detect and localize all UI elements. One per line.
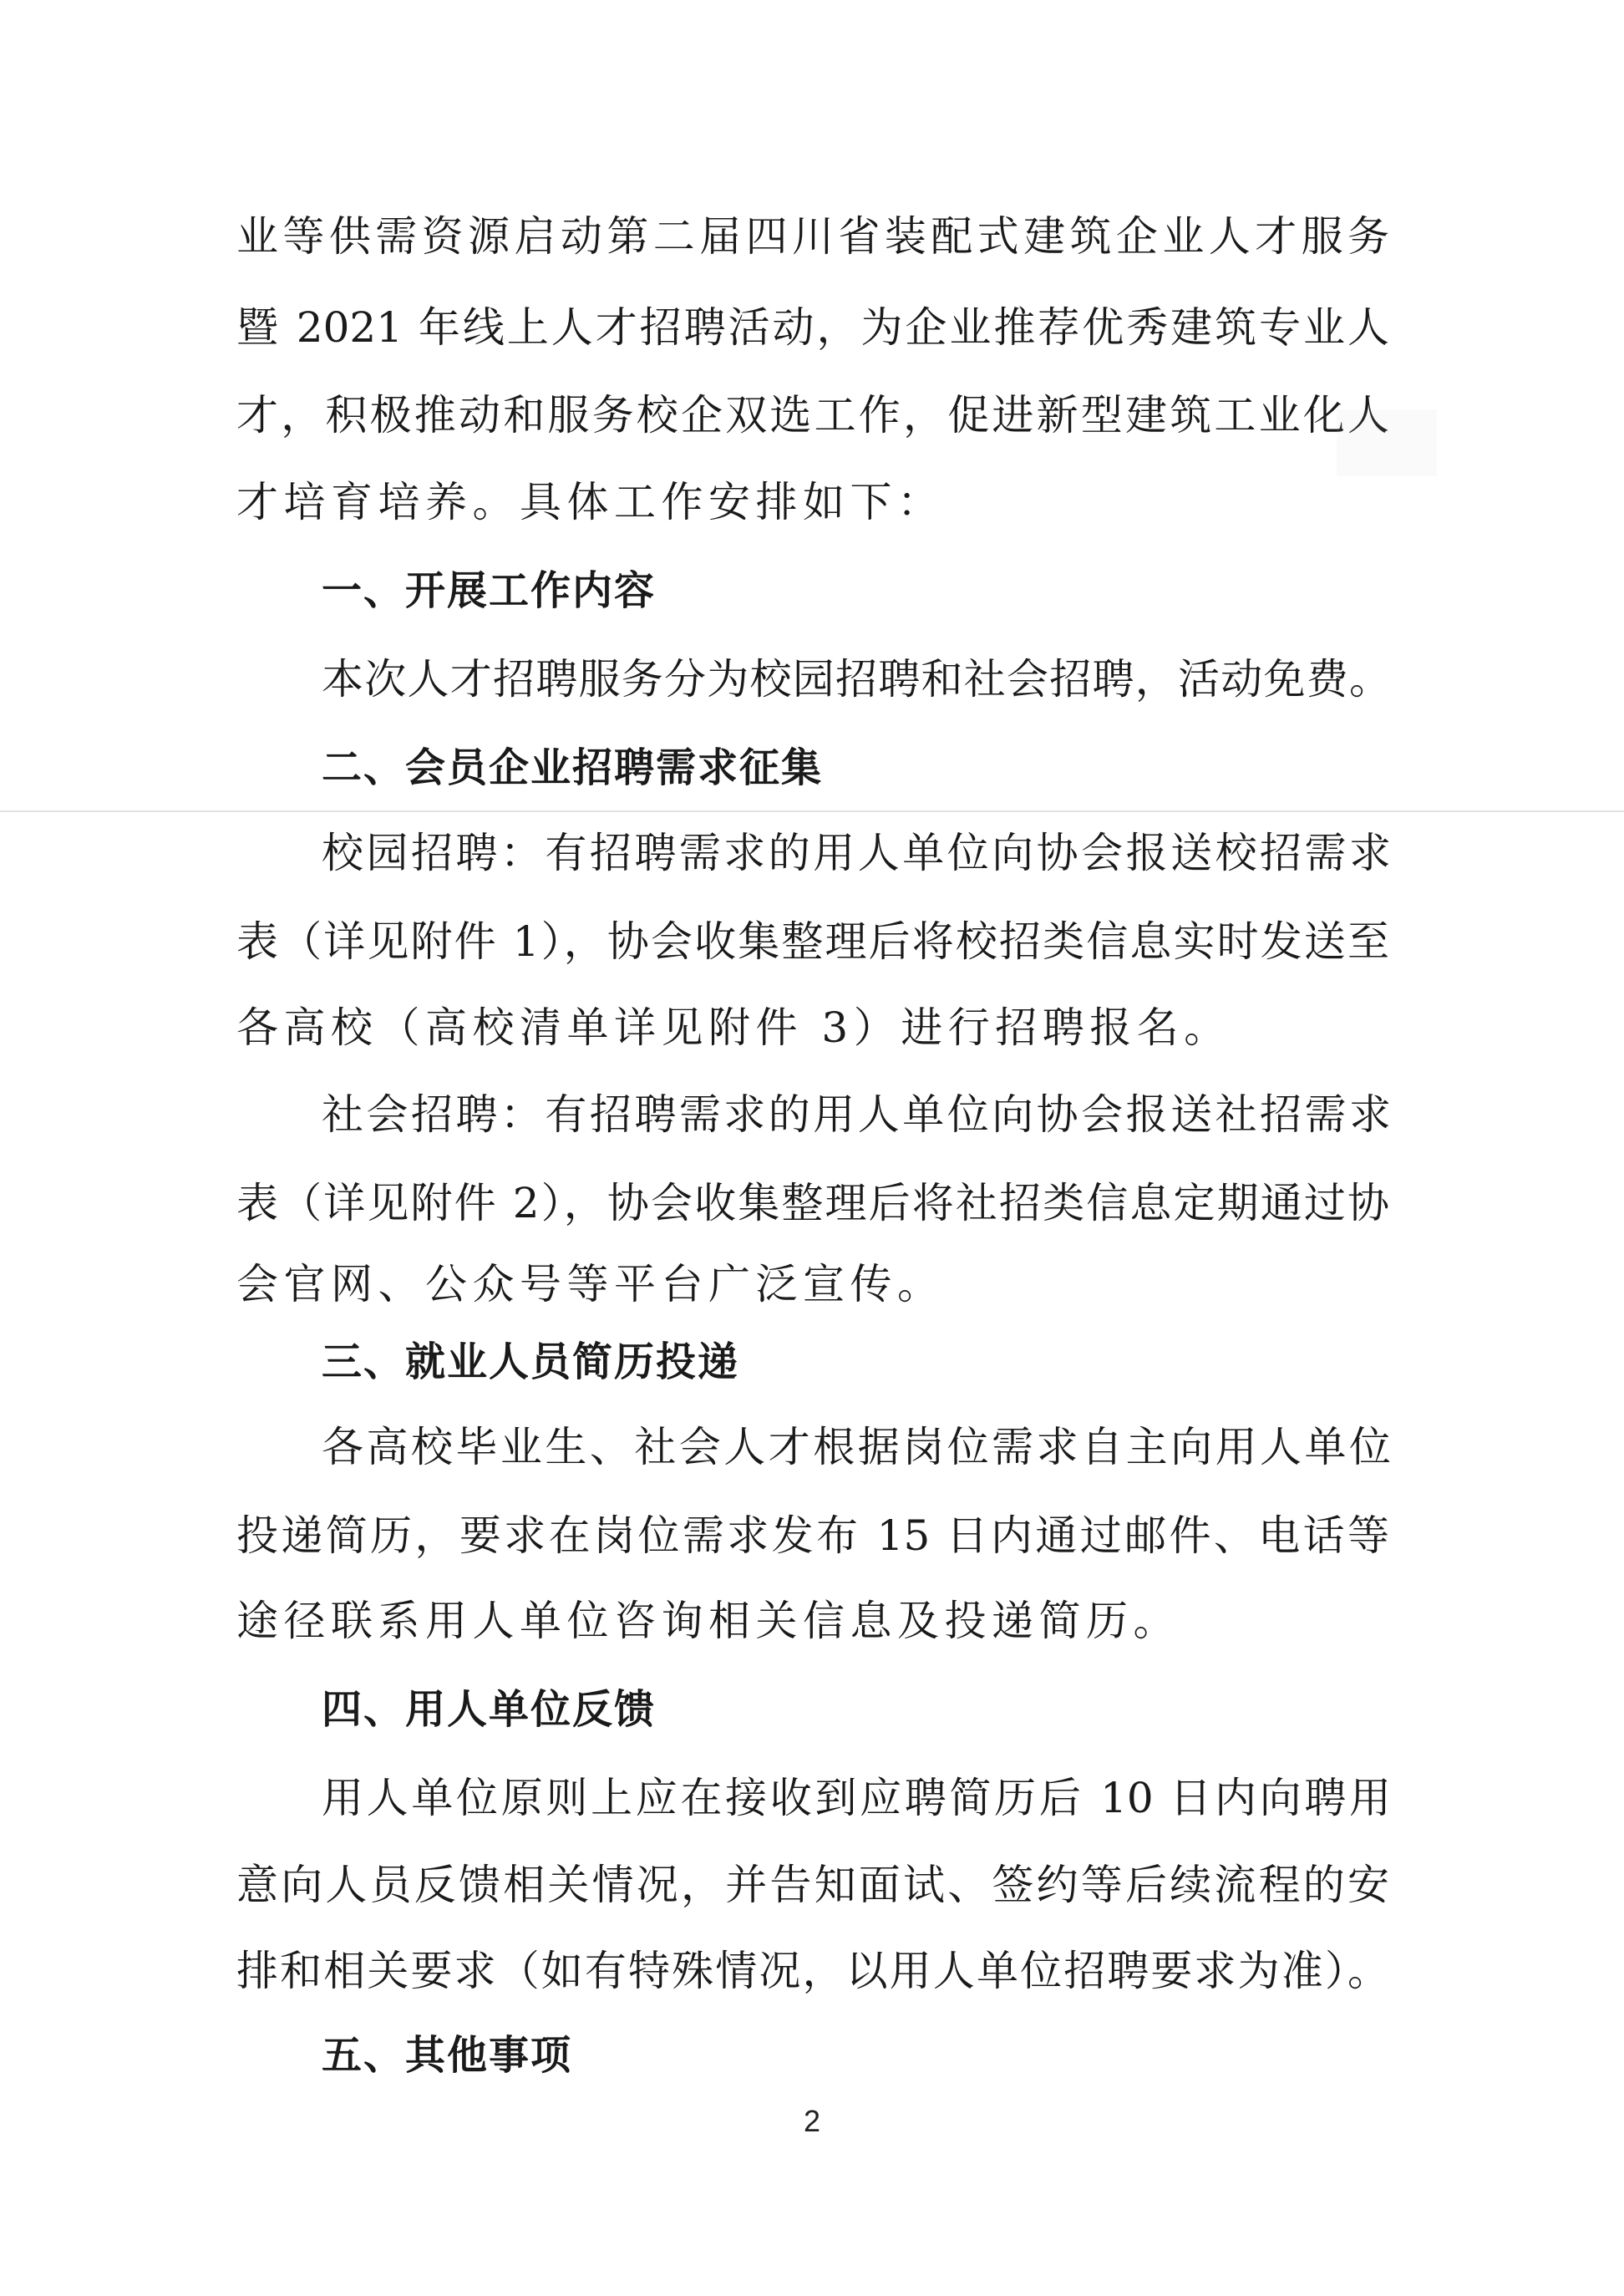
body-line: 意向人员反馈相关情况，并告知面试、签约等后续流程的安 xyxy=(236,1860,1389,1910)
body-line: 各高校毕业生、社会人才根据岗位需求自主向用人单位 xyxy=(322,1422,1391,1472)
body-line: 才，积极推动和服务校企双选工作，促进新型建筑工业化人 xyxy=(236,390,1389,440)
section-heading-1: 一、开展工作内容 xyxy=(322,566,1391,616)
body-line: 业等供需资源启动第二届四川省装配式建筑企业人才服务 xyxy=(236,211,1389,262)
document-page: 业等供需资源启动第二届四川省装配式建筑企业人才服务 暨 2021 年线上人才招聘… xyxy=(0,0,1624,2296)
section-heading-2: 二、会员企业招聘需求征集 xyxy=(322,743,1391,793)
body-line: 会官网、公众号等平台广泛宣传。 xyxy=(236,1259,1389,1309)
section-heading-3: 三、就业人员简历投递 xyxy=(322,1337,1391,1387)
scan-artifact xyxy=(1337,409,1437,476)
body-line: 投递简历，要求在岗位需求发布 15 日内通过邮件、电话等 xyxy=(236,1511,1389,1561)
body-line: 才培育培养。具体工作安排如下： xyxy=(236,477,1389,527)
body-line: 用人单位原则上应在接收到应聘简历后 10 日内向聘用 xyxy=(322,1773,1391,1823)
scan-artifact xyxy=(0,810,1624,812)
body-line: 排和相关要求（如有特殊情况，以用人单位招聘要求为准）。 xyxy=(236,1946,1389,1996)
section-heading-4: 四、用人单位反馈 xyxy=(322,1684,1391,1735)
body-line: 暨 2021 年线上人才招聘活动，为企业推荐优秀建筑专业人 xyxy=(236,302,1389,353)
body-line: 表（详见附件 1），协会收集整理后将校招类信息实时发送至 xyxy=(236,917,1389,967)
body-line: 表（详见附件 2），协会收集整理后将社招类信息定期通过协 xyxy=(236,1178,1389,1228)
page-number: 2 xyxy=(0,2104,1624,2139)
section-heading-5: 五、其他事项 xyxy=(322,2030,1391,2080)
body-line: 本次人才招聘服务分为校园招聘和社会招聘，活动免费。 xyxy=(322,654,1391,704)
body-line: 社会招聘：有招聘需求的用人单位向协会报送社招需求 xyxy=(322,1090,1391,1140)
body-line: 各高校（高校清单详见附件 3）进行招聘报名。 xyxy=(236,1003,1389,1053)
body-line: 途径联系用人单位咨询相关信息及投递简历。 xyxy=(236,1596,1389,1646)
body-line: 校园招聘：有招聘需求的用人单位向协会报送校招需求 xyxy=(322,828,1391,878)
